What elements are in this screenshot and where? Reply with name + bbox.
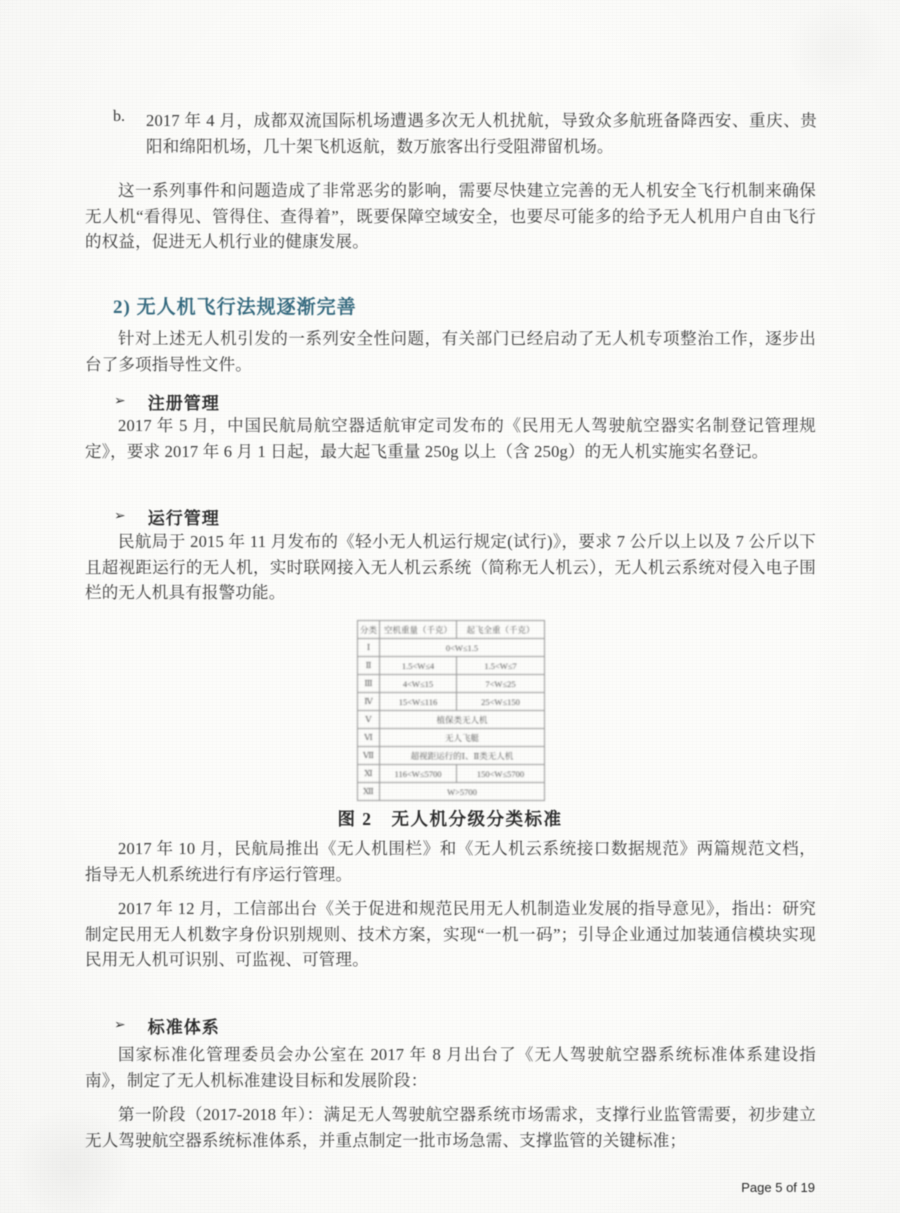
cell-category: Ⅱ	[358, 657, 380, 675]
arrow-bullet-icon: ➢	[114, 509, 126, 524]
bullet-standards: ➢ 标准体系	[114, 1013, 220, 1038]
cell-category: Ⅻ	[358, 783, 380, 801]
cell-takeoff-weight: 150<W≤5700	[457, 765, 545, 783]
cell-empty-weight: 15<W≤116	[380, 693, 457, 711]
cell-takeoff-weight: 1.5<W≤7	[457, 657, 545, 675]
cell-category: Ⅰ	[358, 639, 380, 657]
list-item-b-marker: b.	[113, 108, 125, 126]
bullet-registration-title: 注册管理	[148, 389, 220, 414]
table-row: Ⅳ 15<W≤116 25<W≤150	[358, 693, 545, 711]
page-text-layer: b. 2017 年 4 月，成都双流国际机场遭遇多次无人机扰航，导致众多航班备降…	[0, 0, 900, 1213]
cell-takeoff-weight: 7<W≤25	[457, 675, 545, 693]
arrow-bullet-icon: ➢	[114, 394, 126, 409]
bullet-operation-title: 运行管理	[148, 504, 220, 529]
list-item-b-text: 2017 年 4 月，成都双流国际机场遭遇多次无人机扰航，导致众多航班备降西安、…	[113, 108, 817, 159]
cell-takeoff-weight: 25<W≤150	[457, 693, 545, 711]
cell-empty-weight: 1.5<W≤4	[380, 657, 457, 675]
cell-category: Ⅴ	[358, 711, 380, 729]
paragraph-miit: 2017 年 12 月，工信部出台《关于促进和规范民用无人机制造业发展的指导意见…	[85, 896, 816, 973]
list-item-b: b. 2017 年 4 月，成都双流国际机场遭遇多次无人机扰航，导致众多航班备降…	[113, 108, 817, 159]
paragraph-registration: 2017 年 5 月，中国民航局航空器适航审定司发布的《民用无人驾驶航空器实名制…	[85, 413, 816, 464]
cell-merged: 超视距运行的Ⅰ、Ⅱ类无人机	[380, 747, 545, 765]
table-row: Ⅱ 1.5<W≤4 1.5<W≤7	[358, 657, 545, 675]
table-header-takeoff-weight: 起飞全重（千克）	[457, 621, 545, 639]
document-page: b. 2017 年 4 月，成都双流国际机场遭遇多次无人机扰航，导致众多航班备降…	[0, 0, 900, 1213]
cell-merged: 无人飞艇	[380, 729, 545, 747]
cell-category: Ⅶ	[358, 747, 380, 765]
table-row: Ⅻ W>5700	[358, 783, 545, 801]
paragraph-operation: 民航局于 2015 年 11 月发布的《轻小无人机运行规定(试行)》，要求 7 …	[85, 529, 816, 606]
cell-empty-weight: 116<W≤5700	[380, 765, 457, 783]
cell-merged: 0<W≤1.5	[380, 639, 545, 657]
table-row: Ⅰ 0<W≤1.5	[358, 639, 545, 657]
cell-category: Ⅲ	[358, 675, 380, 693]
cell-category: Ⅳ	[358, 693, 380, 711]
table-header-empty-weight: 空机重量（千克）	[380, 621, 457, 639]
cell-merged: 植保类无人机	[380, 711, 545, 729]
bullet-standards-title: 标准体系	[148, 1013, 220, 1038]
paragraph-impact: 这一系列事件和问题造成了非常恶劣的影响，需要尽快建立完善的无人机安全飞行机制来确…	[85, 178, 816, 255]
section-heading-regulations: 2) 无人机飞行法规逐渐完善	[113, 292, 357, 319]
table-row: Ⅴ 植保类无人机	[358, 711, 545, 729]
table-row: Ⅲ 4<W≤15 7<W≤25	[358, 675, 545, 693]
bullet-operation: ➢ 运行管理	[114, 504, 220, 529]
paragraph-phase-one: 第一阶段（2017-2018 年）：满足无人驾驶航空器系统市场需求，支撑行业监管…	[85, 1102, 816, 1153]
bullet-registration: ➢ 注册管理	[114, 389, 220, 414]
table-header-category: 分类	[358, 621, 380, 639]
paragraph-fence: 2017 年 10 月，民航局推出《无人机围栏》和《无人机云系统接口数据规范》两…	[85, 836, 816, 887]
uav-classification-table: 分类 空机重量（千克） 起飞全重（千克） Ⅰ 0<W≤1.5 Ⅱ 1.5<W≤4…	[357, 620, 545, 801]
paragraph-intro: 针对上述无人机引发的一系列安全性问题，有关部门已经启动了无人机专项整治工作，逐步…	[85, 326, 816, 377]
cell-merged: W>5700	[380, 783, 545, 801]
cell-category: Ⅵ	[358, 729, 380, 747]
figure-caption: 图 2 无人机分级分类标准	[0, 806, 900, 831]
table-row: Ⅺ 116<W≤5700 150<W≤5700	[358, 765, 545, 783]
table-row: Ⅶ 超视距运行的Ⅰ、Ⅱ类无人机	[358, 747, 545, 765]
table-header-row: 分类 空机重量（千克） 起飞全重（千克）	[358, 621, 545, 639]
paragraph-standards: 国家标准化管理委员会办公室在 2017 年 8 月出台了《无人驾驶航空器系统标准…	[85, 1042, 816, 1093]
cell-category: Ⅺ	[358, 765, 380, 783]
arrow-bullet-icon: ➢	[114, 1018, 126, 1033]
cell-empty-weight: 4<W≤15	[380, 675, 457, 693]
table-row: Ⅵ 无人飞艇	[358, 729, 545, 747]
page-number: Page 5 of 19	[741, 1180, 815, 1195]
